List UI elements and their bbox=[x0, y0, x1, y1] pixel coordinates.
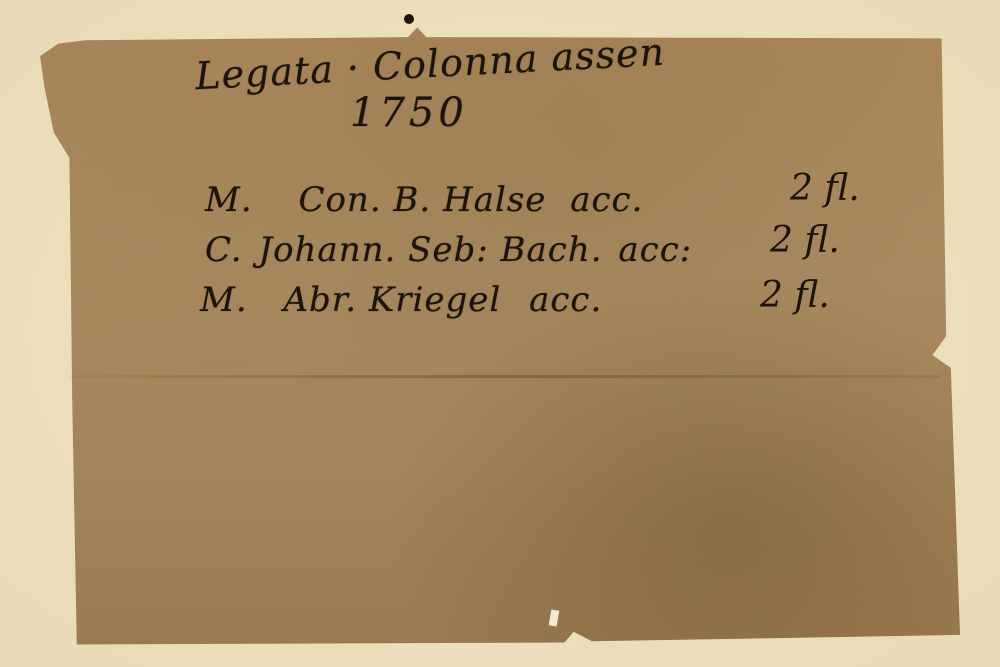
entry-amount: 2 fl. bbox=[790, 168, 860, 209]
entry-note: acc. bbox=[529, 280, 602, 320]
entry-prefix: M. bbox=[205, 180, 253, 220]
entry-row: M. Con. B. Halse acc. bbox=[205, 180, 643, 220]
entry-prefix: M. bbox=[200, 280, 248, 320]
paper-sheet bbox=[40, 18, 960, 654]
entry-prefix: C. bbox=[205, 230, 243, 270]
entry-note: acc: bbox=[618, 230, 692, 270]
entry-name: Con. B. Halse bbox=[298, 180, 546, 220]
entry-amount: 2 fl. bbox=[770, 220, 840, 261]
document-year: 1750 bbox=[350, 90, 468, 136]
ink-dot bbox=[404, 14, 414, 24]
entry-amount: 2 fl. bbox=[760, 275, 830, 316]
entry-row: M. Abr. Kriegel acc. bbox=[200, 280, 602, 320]
entry-name: Johann. Seb: Bach. bbox=[258, 230, 602, 270]
entry-row: C. Johann. Seb: Bach. acc: bbox=[205, 230, 692, 270]
entry-note: acc. bbox=[570, 180, 643, 220]
entry-name: Abr. Kriegel bbox=[283, 280, 501, 320]
paper-fold-line bbox=[70, 375, 940, 378]
